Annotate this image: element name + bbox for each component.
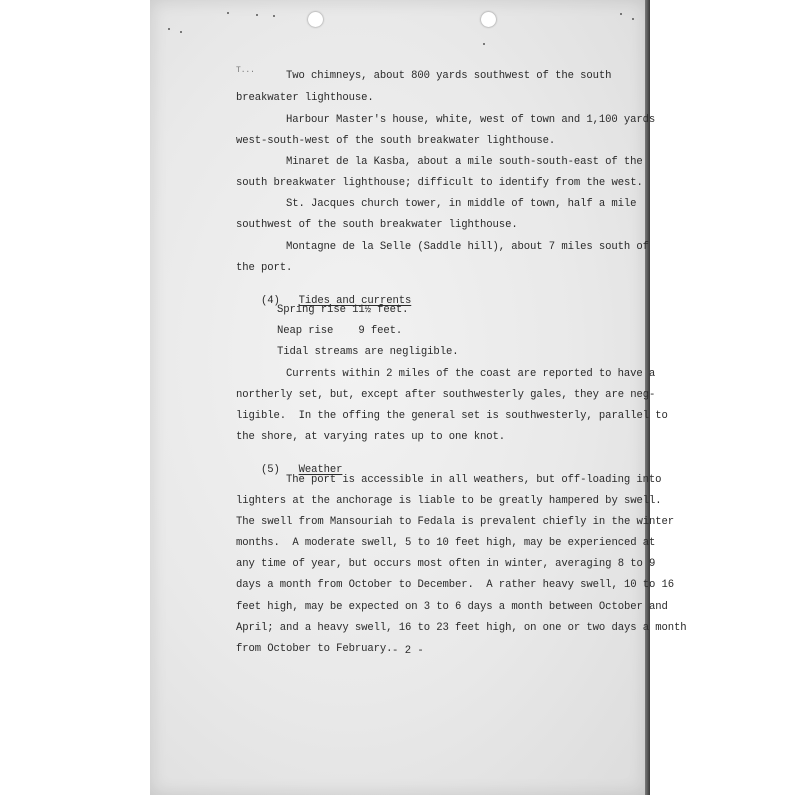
punch-hole-right — [481, 12, 496, 27]
paragraph-line: from October to February. — [236, 643, 392, 655]
paper-speck — [483, 43, 485, 45]
landmark-line: the port. — [236, 262, 292, 274]
paragraph-line: lighters at the anchorage is liable to b… — [236, 495, 662, 507]
landmark-line: south breakwater lighthouse; difficult t… — [236, 177, 643, 189]
tide-item: Spring rise 11½ feet. — [277, 304, 408, 316]
paragraph-line: months. A moderate swell, 5 to 10 feet h… — [236, 537, 655, 549]
paragraph-line: the shore, at varying rates up to one kn… — [236, 431, 505, 443]
paragraph-line: ligible. In the offing the general set i… — [236, 410, 668, 422]
paper-speck — [256, 14, 258, 16]
punch-hole-left — [308, 12, 323, 27]
landmark-line: southwest of the south breakwater lighth… — [236, 219, 518, 231]
landmark-line: Harbour Master's house, white, west of t… — [286, 114, 655, 126]
paper-speck — [632, 18, 634, 20]
paragraph-line: Currents within 2 miles of the coast are… — [286, 368, 655, 380]
paragraph-line: April; and a heavy swell, 16 to 23 feet … — [236, 622, 687, 634]
paragraph-line: days a month from October to December. A… — [236, 579, 674, 591]
tide-item: Neap rise 9 feet. — [277, 325, 402, 337]
paper-speck — [180, 31, 182, 33]
paragraph-line: northerly set, but, except after southwe… — [236, 389, 655, 401]
paper-speck — [227, 12, 229, 14]
landmark-line: breakwater lighthouse. — [236, 92, 374, 104]
landmark-line: Two chimneys, about 800 yards southwest … — [286, 70, 611, 82]
paragraph-line: The port is accessible in all weathers, … — [286, 474, 661, 486]
landmark-line: west-south-west of the south breakwater … — [236, 135, 555, 147]
header-fragment: T... — [236, 66, 255, 75]
paragraph-line: any time of year, but occurs most often … — [236, 558, 655, 570]
section-number: (5) — [261, 464, 280, 476]
landmark-line: Montagne de la Selle (Saddle hill), abou… — [286, 241, 649, 253]
paragraph-line: The swell from Mansouriah to Fedala is p… — [236, 516, 674, 528]
paper-speck — [273, 15, 275, 17]
paper-speck — [620, 13, 622, 15]
landmark-line: St. Jacques church tower, in middle of t… — [286, 198, 636, 210]
paper-speck — [168, 28, 170, 30]
tide-item: Tidal streams are negligible. — [277, 346, 458, 358]
page-number: - 2 - — [392, 645, 424, 657]
paragraph-line: feet high, may be expected on 3 to 6 day… — [236, 601, 668, 613]
landmark-line: Minaret de la Kasba, about a mile south-… — [286, 156, 643, 168]
